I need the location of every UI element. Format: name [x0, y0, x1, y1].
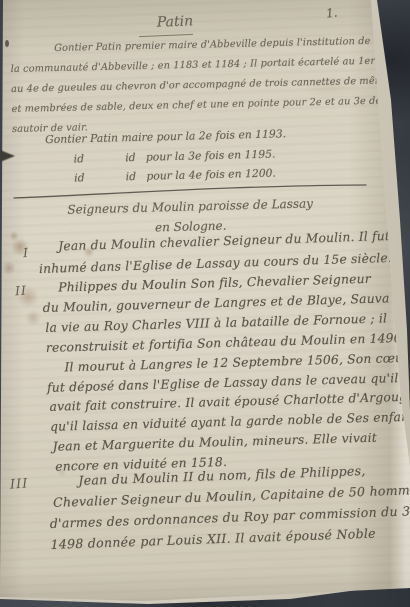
entry-numeral-3: III — [9, 476, 28, 492]
entry-3-text: Jean du Moulin II du nom, fils de Philip… — [48, 457, 410, 555]
entry-numeral-1: I — [22, 245, 29, 260]
left-edge-tear-mark — [0, 150, 15, 162]
entry-numeral-2: II — [14, 283, 27, 299]
manuscript-page: 1. Patin Gontier Patin premier maire d'A… — [0, 0, 410, 607]
left-edge-hole — [5, 40, 9, 47]
intro-paragraph: Gontier Patin premier maire d'Abbeville … — [10, 30, 410, 140]
manuscript-photo-background: 1. Patin Gontier Patin premier maire d'A… — [0, 0, 410, 607]
page-title: Patin — [125, 12, 225, 31]
page-number: 1. — [325, 5, 338, 20]
entry-2-text: Philippes du Moulin Son fils, Chevalier … — [42, 269, 410, 478]
